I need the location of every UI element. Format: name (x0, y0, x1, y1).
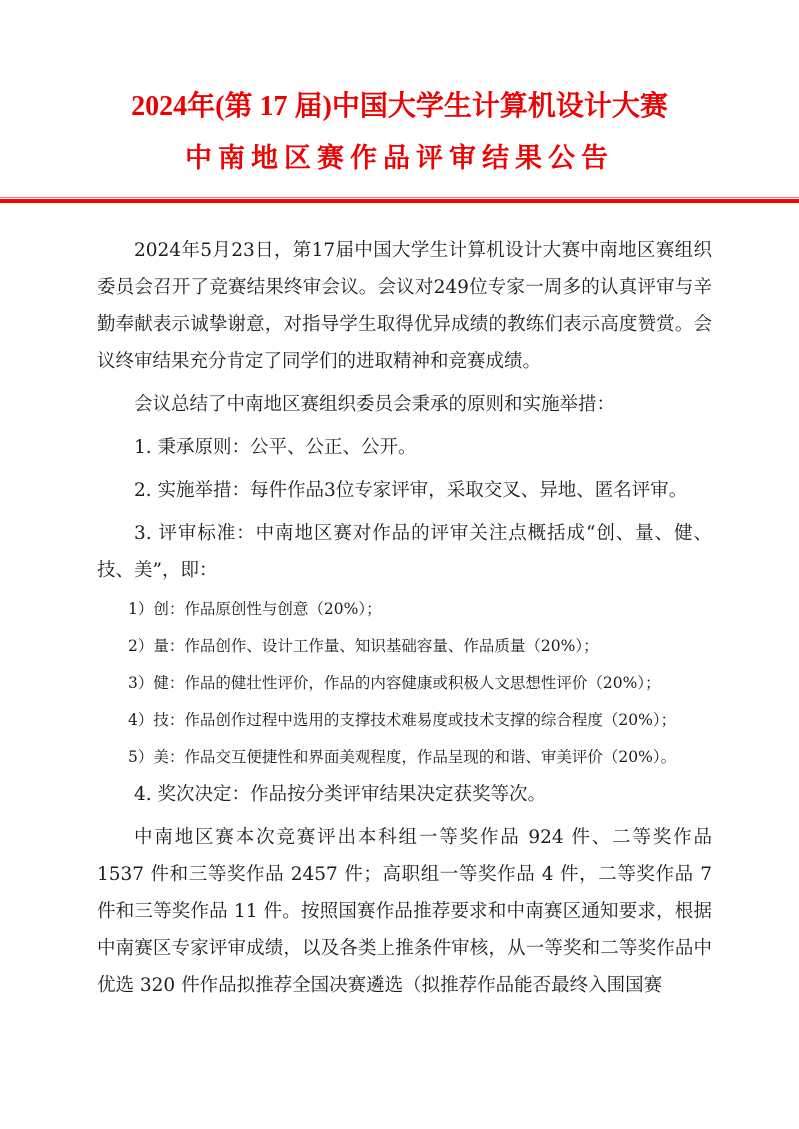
document-title-line-2: 中南地区赛作品评审结果公告 (0, 136, 799, 175)
criteria-list: 1）创：作品原创性与创意（20%）； 2）量：作品创作、设计工作量、知识基础容量… (97, 591, 712, 776)
criteria-item-aesthetics: 5）美：作品交互便捷性和界面美观程度，作品呈现的和谐、审美评价（20%）。 (97, 739, 712, 776)
measure-item-3: 3. 评审标准：中南地区赛对作品的评审关注点概括成“创、量、健、技、美”，即： (97, 515, 712, 589)
award-rule-item: 4. 奖次决定：作品按分类评审结果决定获奖等次。 (97, 776, 712, 813)
intro-paragraph: 2024年5月23日，第17届中国大学生计算机设计大赛中南地区赛组织委员会召开了… (97, 232, 712, 380)
header-divider-thick (0, 199, 799, 203)
measure-item-1: 1. 秉承原则：公平、公正、公开。 (97, 429, 712, 466)
summary-paragraph: 会议总结了中南地区赛组织委员会秉承的原则和实施举措： (97, 386, 712, 423)
criteria-item-innovation: 1）创：作品原创性与创意（20%）； (97, 591, 712, 628)
document-body: 2024年5月23日，第17届中国大学生计算机设计大赛中南地区赛组织委员会召开了… (97, 232, 712, 1004)
measure-item-2: 2. 实施举措：每件作品3位专家评审，采取交叉、异地、匿名评审。 (97, 472, 712, 509)
criteria-item-robustness: 3）健：作品的健壮性评价，作品的内容健康或积极人文思想性评价（20%）； (97, 665, 712, 702)
document-title-line-1: 2024年(第 17 届)中国大学生计算机设计大赛 (0, 84, 799, 124)
header-divider-thin (0, 197, 799, 198)
results-paragraph: 中南地区赛本次竞赛评出本科组一等奖作品 924 件、二等奖作品 1537 件和三… (97, 819, 712, 1004)
criteria-item-workload: 2）量：作品创作、设计工作量、知识基础容量、作品质量（20%）； (97, 628, 712, 665)
criteria-item-technology: 4）技：作品创作过程中选用的支撑技术难易度或技术支撑的综合程度（20%）； (97, 702, 712, 739)
document-header: 2024年(第 17 届)中国大学生计算机设计大赛 中南地区赛作品评审结果公告 (0, 0, 799, 210)
